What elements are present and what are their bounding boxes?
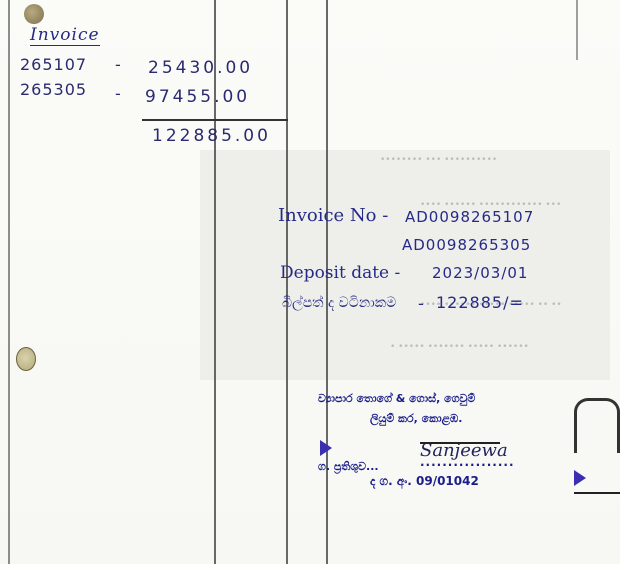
invoice-no-value: AD0098265107 xyxy=(405,208,534,226)
invoice-number: 265305 xyxy=(20,80,87,99)
deposit-date-value: 2023/03/01 xyxy=(432,264,528,282)
watermark-text: • ••••• ••••••• ••••• •••••• xyxy=(390,342,529,352)
watermark-text: •••••••• ••• •••••••••• xyxy=(380,155,497,165)
scanned-document: •••••••• ••• •••••••••• •••• •••••• ••••… xyxy=(0,0,620,564)
invoice-heading: Invoice xyxy=(30,25,100,46)
amount-label: බිල්පත් ද වටිනාකම xyxy=(282,292,402,314)
invoice-amount: 97455.00 xyxy=(145,87,250,107)
fold-line xyxy=(214,0,216,564)
footer-line xyxy=(574,492,620,494)
invoice-no-label: Invoice No - xyxy=(278,205,388,226)
amount-separator: - xyxy=(418,294,425,313)
stamp-dots: ................. xyxy=(420,455,515,469)
separator: - xyxy=(115,55,122,74)
stamp-registration: ද ග. අං. 09/01042 xyxy=(370,474,479,489)
punch-hole xyxy=(24,4,44,24)
stamp-line: ලියුම් කර, කොළඹ. xyxy=(370,412,462,426)
invoice-no-value: AD0098265305 xyxy=(402,236,531,254)
amount-value: 122885/= xyxy=(436,293,524,312)
signature-line xyxy=(420,442,500,444)
invoice-amount: 25430.00 xyxy=(148,58,253,78)
stamp-marker-icon xyxy=(320,440,332,456)
punch-hole xyxy=(16,347,36,371)
total-amount: 122885.00 xyxy=(152,126,271,146)
stamp-marker-icon xyxy=(574,470,586,486)
sum-line xyxy=(142,119,288,121)
partial-logo-icon xyxy=(574,398,620,453)
fold-line xyxy=(576,0,578,60)
stamp-line: ව්‍යාපාර තොගේ & ගොස්, ගෙවුම් xyxy=(318,392,475,406)
fold-line xyxy=(8,0,10,564)
separator: - xyxy=(115,84,122,103)
invoice-number: 265107 xyxy=(20,55,87,74)
stamp-line: ග. ප්‍රතිශුව... xyxy=(318,460,379,474)
deposit-date-label: Deposit date - xyxy=(280,263,400,283)
